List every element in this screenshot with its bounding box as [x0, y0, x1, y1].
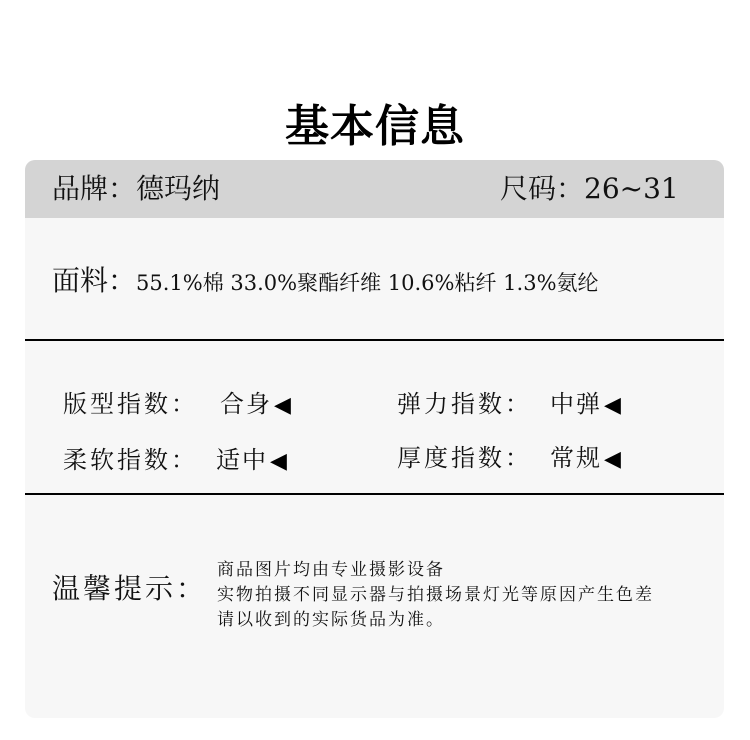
fit-index-value: 合身	[220, 388, 272, 420]
card-header: 品牌：德玛纳 尺码：26~31	[25, 160, 724, 218]
thickness-index-label: 厚度指数：	[397, 442, 532, 474]
notice-label: 温馨提示：	[52, 570, 207, 608]
elasticity-index-value: 中弹	[550, 388, 602, 420]
section-divider	[25, 493, 724, 495]
notice-line: 请以收到的实际货品为准。	[217, 608, 654, 633]
fabric-label: 面料：	[52, 264, 136, 297]
notice-text: 商品图片均由专业摄影设备 实物拍摄不同显示器与拍摄场景灯光等原因产生色差 请以收…	[217, 558, 654, 633]
triangle-left-icon: ◀	[604, 444, 621, 476]
thickness-index-value: 常规	[550, 442, 602, 474]
triangle-left-icon: ◀	[274, 390, 291, 422]
brand-text: 品牌：德玛纳	[52, 170, 220, 208]
fabric-row: 面料：55.1%棉 33.0%聚酯纤维 10.6%粘纤 1.3%氨纶	[52, 262, 599, 302]
notice-line: 商品图片均由专业摄影设备	[217, 558, 654, 583]
elasticity-index: 弹力指数：中弹◀	[397, 388, 621, 422]
notice-line: 实物拍摄不同显示器与拍摄场景灯光等原因产生色差	[217, 583, 654, 608]
triangle-left-icon: ◀	[270, 446, 287, 478]
triangle-left-icon: ◀	[604, 390, 621, 422]
fabric-value: 55.1%棉 33.0%聚酯纤维 10.6%粘纤 1.3%氨纶	[136, 271, 599, 295]
page-title: 基本信息	[0, 99, 750, 155]
softness-index: 柔软指数：适中◀	[63, 444, 287, 478]
size-text: 尺码：26~31	[500, 170, 679, 208]
elasticity-index-label: 弹力指数：	[397, 388, 532, 420]
section-divider	[25, 339, 724, 341]
thickness-index: 厚度指数：常规◀	[397, 442, 621, 476]
fit-index-label: 版型指数：	[63, 388, 198, 420]
fit-index: 版型指数：合身◀	[63, 388, 291, 422]
info-card: 品牌：德玛纳 尺码：26~31 面料：55.1%棉 33.0%聚酯纤维 10.6…	[25, 160, 724, 718]
softness-index-value: 适中	[216, 444, 268, 476]
softness-index-label: 柔软指数：	[63, 444, 198, 476]
